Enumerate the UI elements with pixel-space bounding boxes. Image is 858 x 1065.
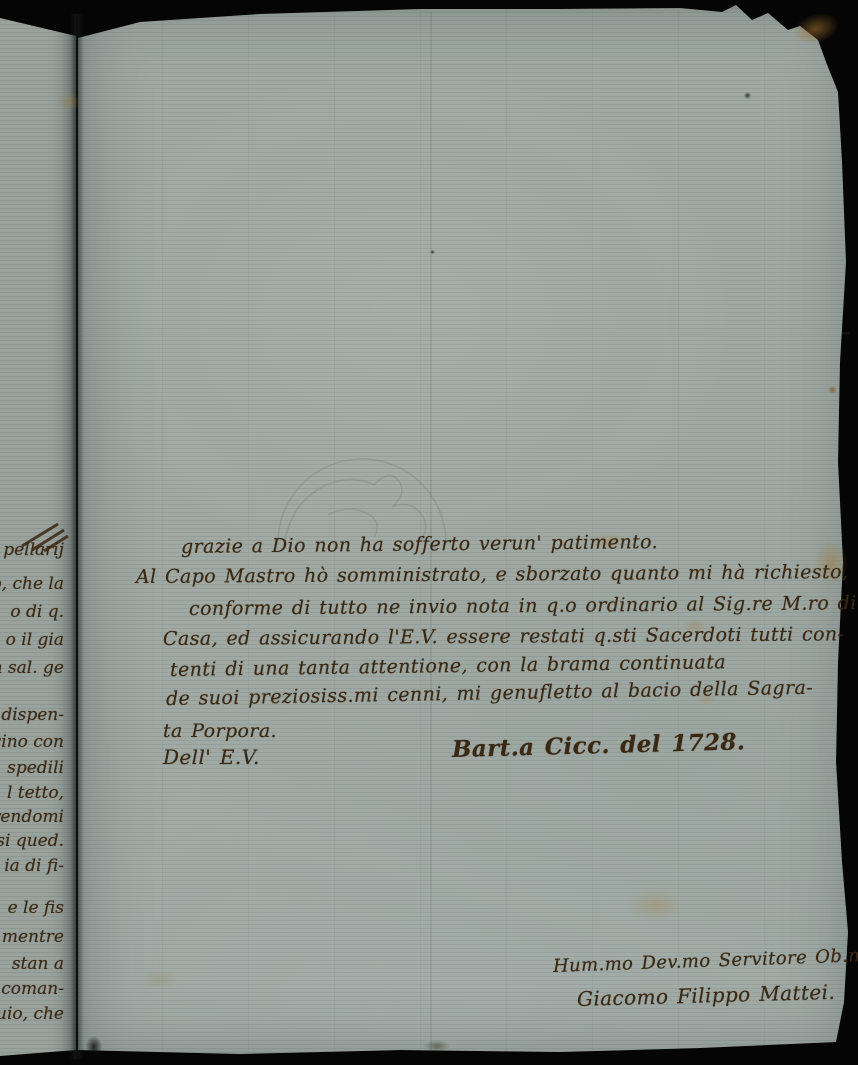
left-page-fragment: cuio, che [0,1004,64,1024]
left-page-fragment: ia di fi- [4,856,64,876]
left-page-fragment: si qued. [0,831,64,851]
closing-line: Dell' E.V. [163,745,260,769]
left-page-fragment: pellarij [3,540,64,560]
left-page-fragment: l tetto, [7,783,64,803]
left-page-fragment: o di q. [10,602,64,622]
left-page-fragment: vino con [0,732,64,752]
left-page-fragments: pellarij ò, che la o di q. o il gia on s… [0,0,70,1065]
left-page-fragment: spedili [7,758,64,778]
left-page-fragment: ò, che la [0,574,64,594]
left-page-fragment: e le fis [8,898,64,918]
left-page-fragment: o il gia [6,630,64,650]
left-page-fragment: e, mentre [0,927,64,947]
left-page-fragment: m coman- [0,979,64,999]
manuscript-photo: pellarij ò, che la o di q. o il gia on s… [0,0,858,1065]
left-page-fragment: on sal. ge [0,658,64,678]
horizontal-fold-crease [80,332,850,335]
left-page-fragment: stan a [12,954,64,974]
left-page-fragment: dispen- [1,705,64,725]
gutter-crease [70,14,84,1059]
manuscript-line: ta Porpora. [163,720,277,742]
left-page-fragment: rendomi [0,807,64,827]
